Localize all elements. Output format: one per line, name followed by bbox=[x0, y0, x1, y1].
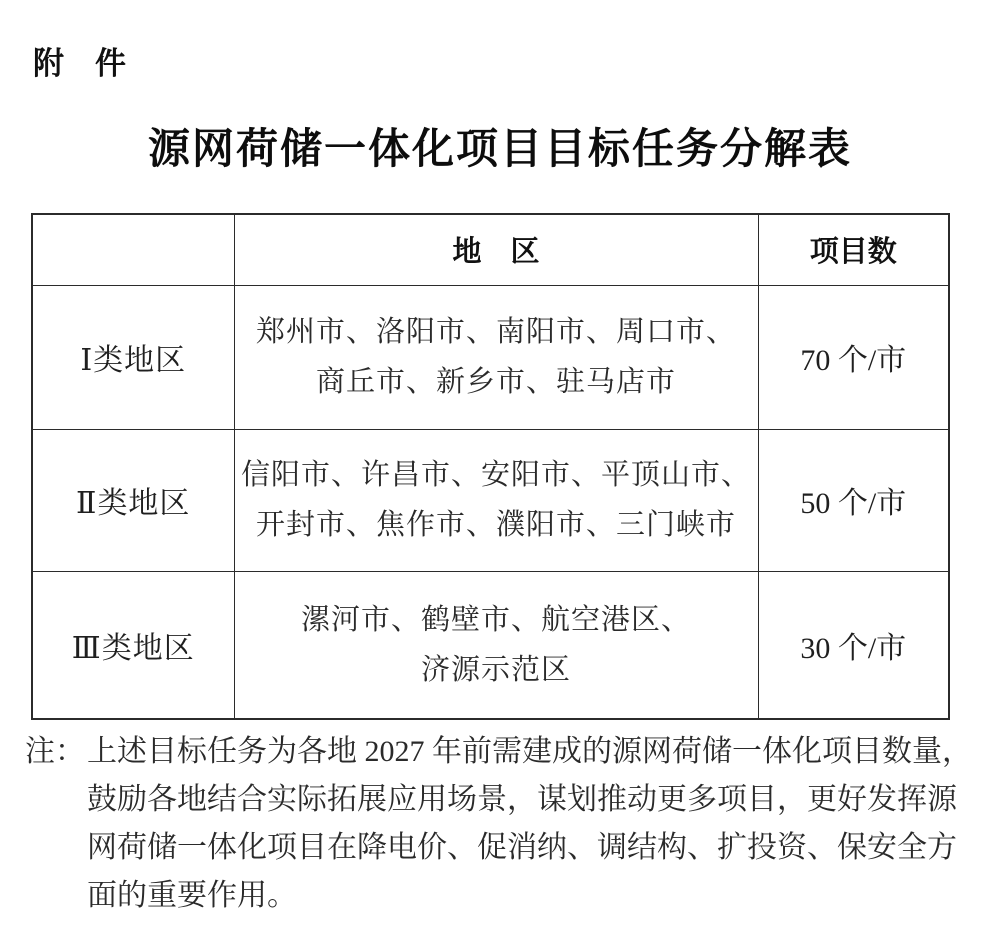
regions-line: 信阳市、许昌市、安阳市、平顶山市、 bbox=[235, 450, 758, 500]
header-project-count: 项目数 bbox=[758, 214, 949, 285]
header-empty-cell bbox=[32, 214, 234, 285]
regions-line: 济源示范区 bbox=[235, 645, 758, 695]
row-regions: 漯河市、鹤壁市、航空港区、 济源示范区 bbox=[234, 571, 758, 719]
regions-line: 商丘市、新乡市、驻马店市 bbox=[235, 357, 758, 407]
task-table: 地 区 项目数 Ⅰ类地区 郑州市、洛阳市、南阳市、周口市、 商丘市、新乡市、驻马… bbox=[31, 213, 950, 720]
document-page: 附 件 源网荷储一体化项目目标任务分解表 地 区 项目数 Ⅰ类地区 郑州市、洛阳… bbox=[0, 0, 1000, 925]
footnote-line: 注：上述目标任务为各地 2027 年前需建成的源网荷储一体化项目数量， bbox=[25, 728, 965, 776]
row-category: Ⅱ类地区 bbox=[32, 429, 234, 571]
table-row: Ⅲ类地区 漯河市、鹤壁市、航空港区、 济源示范区 30 个/市 bbox=[32, 571, 949, 719]
table-row: Ⅱ类地区 信阳市、许昌市、安阳市、平顶山市、 开封市、焦作市、濮阳市、三门峡市 … bbox=[32, 429, 949, 571]
footnote-line: 面的重要作用。 bbox=[87, 872, 965, 920]
footnote-line: 鼓励各地结合实际拓展应用场景，谋划推动更多项目，更好发挥源 bbox=[87, 776, 965, 824]
footnote-line: 网荷储一体化项目在降电价、促消纳、调结构、扩投资、保安全方 bbox=[87, 824, 965, 872]
row-regions: 信阳市、许昌市、安阳市、平顶山市、 开封市、焦作市、濮阳市、三门峡市 bbox=[234, 429, 758, 571]
footnote: 注：上述目标任务为各地 2027 年前需建成的源网荷储一体化项目数量， 鼓励各地… bbox=[25, 728, 965, 920]
header-region: 地 区 bbox=[234, 214, 758, 285]
row-count: 50 个/市 bbox=[758, 429, 949, 571]
row-category: Ⅰ类地区 bbox=[32, 285, 234, 429]
table-row: Ⅰ类地区 郑州市、洛阳市、南阳市、周口市、 商丘市、新乡市、驻马店市 70 个/… bbox=[32, 285, 949, 429]
attachment-label: 附 件 bbox=[33, 38, 126, 83]
row-category: Ⅲ类地区 bbox=[32, 571, 234, 719]
row-count: 30 个/市 bbox=[758, 571, 949, 719]
footnote-text: 上述目标任务为各地 2027 年前需建成的源网荷储一体化项目数量， bbox=[87, 735, 972, 768]
table-header-row: 地 区 项目数 bbox=[32, 214, 949, 285]
row-count: 70 个/市 bbox=[758, 285, 949, 429]
page-title: 源网荷储一体化项目目标任务分解表 bbox=[0, 116, 1000, 176]
regions-line: 郑州市、洛阳市、南阳市、周口市、 bbox=[235, 307, 758, 357]
regions-line: 漯河市、鹤壁市、航空港区、 bbox=[235, 595, 758, 645]
footnote-prefix: 注： bbox=[25, 728, 87, 776]
regions-line: 开封市、焦作市、濮阳市、三门峡市 bbox=[235, 500, 758, 550]
row-regions: 郑州市、洛阳市、南阳市、周口市、 商丘市、新乡市、驻马店市 bbox=[234, 285, 758, 429]
